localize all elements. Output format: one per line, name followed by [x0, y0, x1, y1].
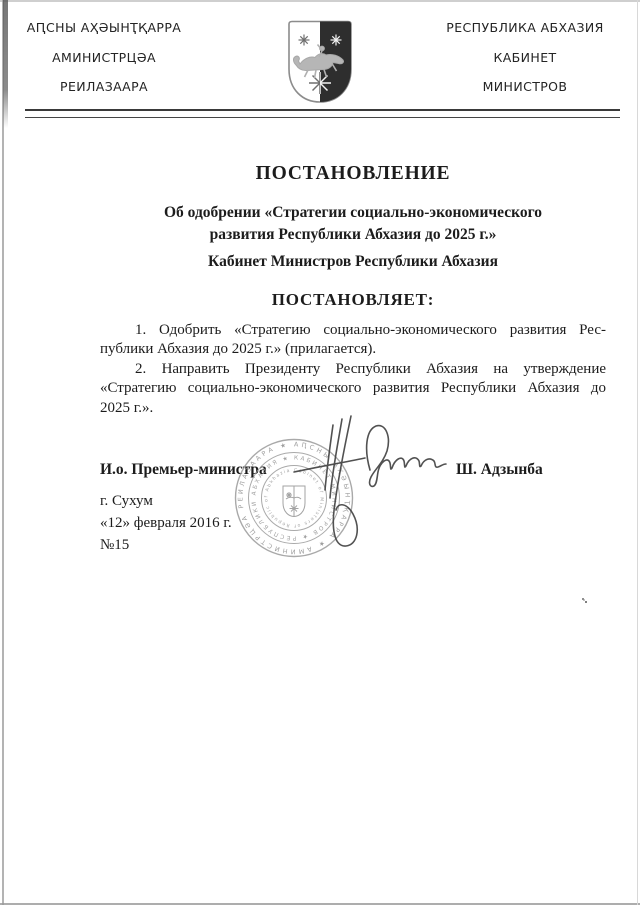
- paragraph-2-line-2: «Стратегию социально-экономического разв…: [100, 379, 606, 398]
- scan-edge-left: [2, 0, 4, 905]
- letterhead-abkhaz: АԤСНЫ АҲӘЫНҬҚАРРА АМИНИСТРЦӘА РЕИЛАЗААРА: [26, 20, 182, 109]
- coat-of-arms-icon: [286, 19, 354, 110]
- letterhead-russian-line2: КАБИНЕТ: [446, 50, 604, 66]
- decree-document-page: АԤСНЫ АҲӘЫНҬҚАРРА АМИНИСТРЦӘА РЕИЛАЗААРА: [0, 0, 640, 905]
- issuing-body: Кабинет Министров Республики Абхазия: [100, 253, 606, 271]
- date-line: «12» февраля 2016 г.: [100, 515, 232, 532]
- letterhead-divider: [25, 109, 620, 118]
- document-subject: Об одобрении «Стратегии социально-эконом…: [100, 202, 606, 245]
- scan-edge-left-shadow: [3, 0, 8, 128]
- letterhead-abkhaz-line2: АМИНИСТРЦӘА: [26, 50, 182, 66]
- document-title: ПОСТАНОВЛЕНИЕ: [100, 163, 606, 185]
- scan-speckle: [582, 598, 584, 600]
- letterhead-abkhaz-line3: РЕИЛАЗААРА: [26, 79, 182, 95]
- letterhead-abkhaz-line1: АԤСНЫ АҲӘЫНҬҚАРРА: [26, 20, 182, 36]
- subject-line2: развития Республики Абхазия до 2025 г.»: [100, 224, 606, 246]
- signatory-name: Ш. Адзынба: [456, 461, 543, 479]
- paragraph-1-line-2: публики Абхазия до 2025 г.» (прилагается…: [100, 340, 606, 359]
- scan-edge-right: [637, 0, 638, 905]
- paragraph-2-line-1: 2. Направить Президенту Республики Абхаз…: [100, 360, 606, 379]
- place-line: г. Сухум: [100, 493, 153, 510]
- handwritten-signature: [280, 400, 455, 565]
- paragraph-1-line-1: 1. Одобрить «Стратегию социально-экономи…: [100, 321, 606, 340]
- letterhead-russian-line3: МИНИСТРОВ: [446, 79, 604, 95]
- letterhead-russian-line1: РЕСПУБЛИКА АБХАЗИЯ: [446, 20, 604, 36]
- number-line: №15: [100, 537, 129, 554]
- subject-line1: Об одобрении «Стратегии социально-эконом…: [100, 202, 606, 224]
- scan-edge-top: [0, 0, 640, 2]
- letterhead-russian: РЕСПУБЛИКА АБХАЗИЯ КАБИНЕТ МИНИСТРОВ: [446, 20, 604, 109]
- enacting-word: ПОСТАНОВЛЯЕТ:: [100, 290, 606, 310]
